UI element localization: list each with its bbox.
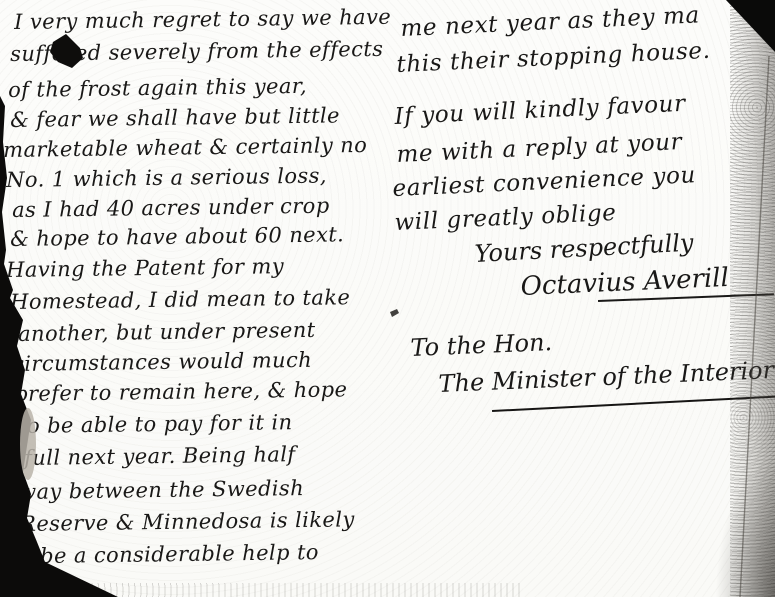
handwritten-line: another, but under present	[18, 318, 316, 346]
recipient-line: To the Hon.	[410, 328, 553, 362]
handwritten-line: to be able to pay for it in	[18, 410, 293, 438]
handwritten-line: & fear we shall have but little	[10, 103, 340, 132]
handwritten-line: way between the Swedish	[18, 476, 304, 504]
handwritten-line: Homestead, I did mean to take	[10, 285, 350, 314]
handwritten-line: I very much regret to say we have	[14, 5, 391, 34]
handwritten-line: earliest convenience you	[392, 162, 696, 202]
scan-bottom-speckle	[0, 583, 520, 597]
recipient-line: The Minister of the Interior	[438, 356, 775, 398]
scan-corner-shadow	[715, 457, 775, 597]
handwritten-line: Reserve & Minnedosa is likely	[20, 507, 355, 536]
handwritten-line: this their stopping house.	[396, 38, 711, 78]
handwritten-line: me next year as they ma	[400, 2, 700, 42]
closing-line: Yours respectfully	[474, 229, 694, 268]
handwritten-line: suffered severely from the effects	[10, 37, 383, 66]
handwritten-line: circumstances would much	[12, 348, 312, 376]
handwritten-line: marketable wheat & certainly no	[3, 133, 367, 162]
handwritten-line: & hope to have about 60 next.	[10, 222, 344, 251]
scanned-letter-page: I very much regret to say we have suffer…	[0, 0, 775, 597]
handwritten-line: No. 1 which is a serious loss,	[6, 164, 327, 192]
handwritten-line: will greatly oblige	[394, 200, 617, 236]
handwritten-line: full next year. Being half	[24, 442, 296, 470]
handwritten-line: me with a reply at your	[396, 129, 683, 168]
stray-mark	[390, 309, 399, 317]
handwritten-line: of the frost again this year,	[8, 74, 307, 102]
handwritten-line: Having the Patent for my	[6, 254, 284, 282]
handwritten-line: prefer to remain here, & hope	[14, 377, 347, 406]
handwritten-line: as I had 40 acres under crop	[12, 194, 330, 222]
handwritten-line: If you will kindly favour	[394, 91, 686, 130]
handwritten-line: be a considerable help to	[40, 540, 319, 568]
